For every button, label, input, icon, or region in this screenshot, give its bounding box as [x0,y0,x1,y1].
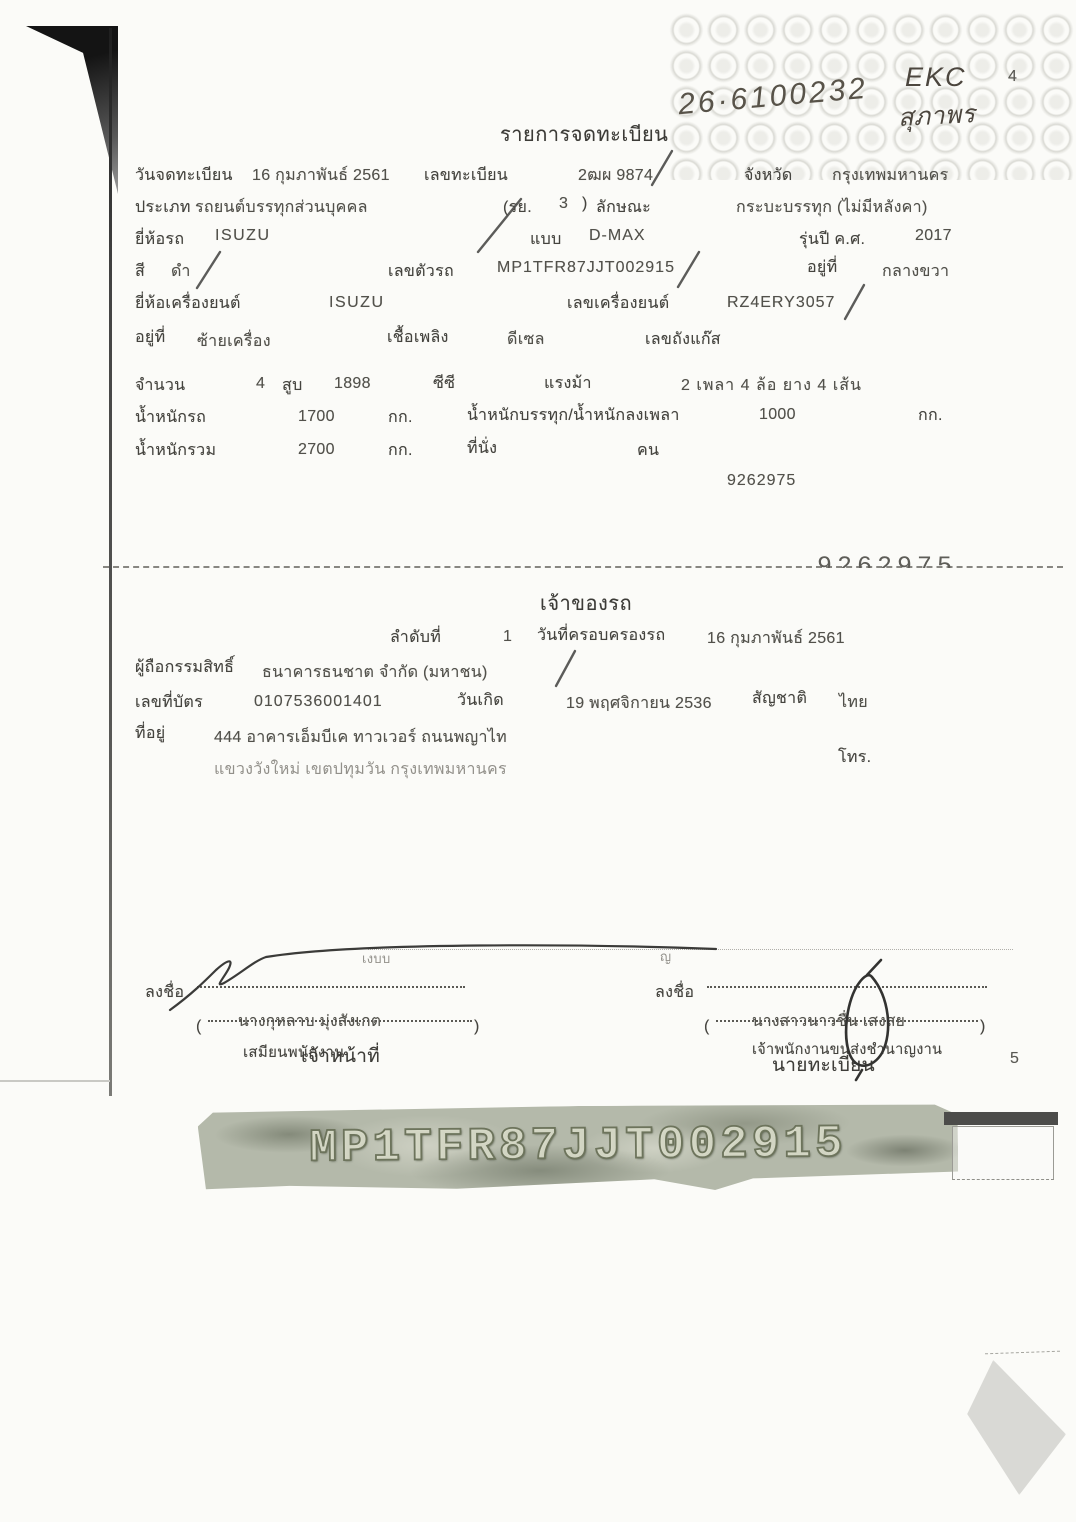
hp-label: แรงม้า [544,371,592,396]
slash-mark-engine [845,285,864,319]
weight-kg-unit: กก. [388,405,413,430]
chassis-value: MP1TFR87JJT002915 [497,259,675,277]
chassis-rubbing-text: MP1TFR87JJT002915 [216,1117,940,1175]
nationality-label: สัญชาติ [752,686,807,711]
handwritten-name: สุภาพร [897,94,976,138]
engine-no-value: RZ4ERY3057 [727,294,835,312]
year-value: 2017 [915,227,952,245]
type-code-num: 3 [559,195,568,213]
chassis-pos-label: อยู่ที่ [807,255,837,280]
order-label: ลำดับที่ [390,625,441,650]
weight-label: น้ำหนักรถ [135,405,206,430]
order-value: 1 [503,628,512,646]
card-label: เลขที่บัตร [135,690,203,715]
engine-no-label: เลขเครื่องยนต์ [567,291,669,316]
engine-brand-value: ISUZU [329,294,385,312]
scan-corner-shadow [26,26,118,194]
handwritten-initials: EKC [905,62,967,93]
model-value: D-MAX [589,227,646,245]
seats-unit: คน [637,438,659,463]
chassis-pos-value: กลางขวา [882,259,949,284]
sign-right-role-b: นายทะเบียน [772,1050,875,1080]
possess-date-label: วันที่ครอบครองรถ [537,623,665,648]
year-label: รุ่นปี ค.ศ. [799,227,865,252]
page-number-top: 4 [1008,68,1017,86]
sign-left-line [197,985,465,988]
sign-right-prefix: ลงชื่อ [655,980,694,1005]
reg-date-value: 16 กุมภาพันธ์ 2561 [252,163,390,188]
engine-pos-label: อยู่ที่ [135,325,165,350]
load-kg-unit: กก. [918,403,943,428]
scan-smudge-dash [985,1351,1060,1355]
sign-left-paren-open: ( [196,1018,202,1036]
sign-right-line [707,985,987,988]
gross-value: 2700 [298,441,335,459]
cylinder-label: จำนวน [135,373,185,398]
load-value: 1000 [759,406,796,424]
brand-value: ISUZU [215,227,271,245]
model-label: แบบ [530,227,562,252]
type-code-open: (รย. [503,195,532,220]
chassis-rubbing-strip: MP1TFR87JJT002915 [198,1103,959,1196]
holder-value: ธนาคารธนชาต จำกัด (มหาชน) [262,660,488,685]
reg-date-label: วันจดทะเบียน [135,163,233,188]
gross-kg-unit: กก. [388,438,413,463]
holder-label: ผู้ถือกรรมสิทธิ์ [135,655,234,680]
type-value: รถยนต์บรรทุกส่วนบุคคล [195,195,368,220]
tape-outline [952,1126,1054,1180]
strip-dark-bar [944,1112,1058,1125]
tel-label: โทร. [838,745,871,770]
weight-value: 1700 [298,408,335,426]
sign-left-role-b: เจ้าหน้าที่ [301,1041,380,1071]
page-number-bottom: 5 [1010,1050,1019,1068]
load-label: น้ำหนักบรรทุก/น้ำหนักลงเพลา [467,403,680,428]
type-code-close: ) [582,195,588,213]
signature-left [170,945,716,1010]
gross-label: น้ำหนักรวม [135,438,216,463]
chassis-label: เลขตัวรถ [388,259,454,284]
engine-brand-label: ยี่ห้อเครื่องยนต์ [135,291,241,316]
color-label: สี [135,259,145,284]
slash-mark-color [197,252,220,288]
cc-unit: ซีซี [433,371,455,396]
page-edge-bottom-line [0,1080,110,1082]
serial-number: 9262975 [727,472,796,490]
slash-mark-holder [556,651,575,686]
possess-date-value: 16 กุมภาพันธ์ 2561 [707,626,845,651]
color-value: ดำ [171,259,191,284]
nationality-value: ไทย [839,690,868,715]
plate-label: เลขทะเบียน [424,163,508,188]
bleed-text-b: ญ [660,946,671,967]
address-label: ที่อยู่ [135,721,165,746]
plate-value: 2ฒผ 9874 [578,163,653,188]
axle-info: 2 เพลา 4 ล้อ ยาง 4 เส้น [681,373,862,398]
page-edge-line [109,28,112,1096]
sign-right-paren-line [716,1019,978,1022]
cylinder-unit: สูบ [282,373,303,398]
cylinder-count: 4 [256,375,265,393]
card-value: 0107536001401 [254,693,383,711]
body-label: ลักษณะ [596,195,651,220]
sign-left-paren-line [208,1019,472,1022]
fuel-value: ดีเซล [507,327,545,352]
brand-label: ยี่ห้อรถ [135,227,184,252]
perforation-number-clipped: 9262975 [817,552,957,568]
birth-value: 19 พฤศจิกายน 2536 [566,691,712,716]
engine-pos-value: ซ้ายเครื่อง [197,329,271,354]
seats-label: ที่นั่ง [467,436,497,461]
bleed-text-a: เงบบ [362,948,391,969]
scan-smudge [962,1360,1066,1495]
body-value: กระบะบรรทุก (ไม่มีหลังคา) [736,195,928,220]
slash-mark-chassis [678,252,699,287]
province-value: กรุงเทพมหานคร [832,163,949,188]
registration-title: รายการจดทะเบียน [500,118,668,150]
sign-right-paren-close: ) [980,1018,986,1036]
address-line2: แขวงวังใหม่ เขตปทุมวัน กรุงเทพมหานคร [214,757,507,782]
sign-left-paren-close: ) [474,1018,480,1036]
province-label: จังหวัด [744,163,793,188]
bleed-dotted-line [368,948,1013,950]
fuel-label: เชื้อเพลิง [387,325,449,350]
cc-value: 1898 [334,375,371,393]
gas-tank-label: เลขถังแก๊ส [645,327,721,352]
sign-left-prefix: ลงชื่อ [145,980,184,1005]
perforation-number-text: 9262975 [817,552,957,568]
birth-label: วันเกิด [457,688,504,713]
owner-title: เจ้าของรถ [540,587,632,619]
type-label: ประเภท [135,195,191,220]
sign-right-paren-open: ( [704,1018,710,1036]
address-line1: 444 อาคารเอ็มบีเค ทาวเวอร์ ถนนพญาไท [214,725,507,750]
